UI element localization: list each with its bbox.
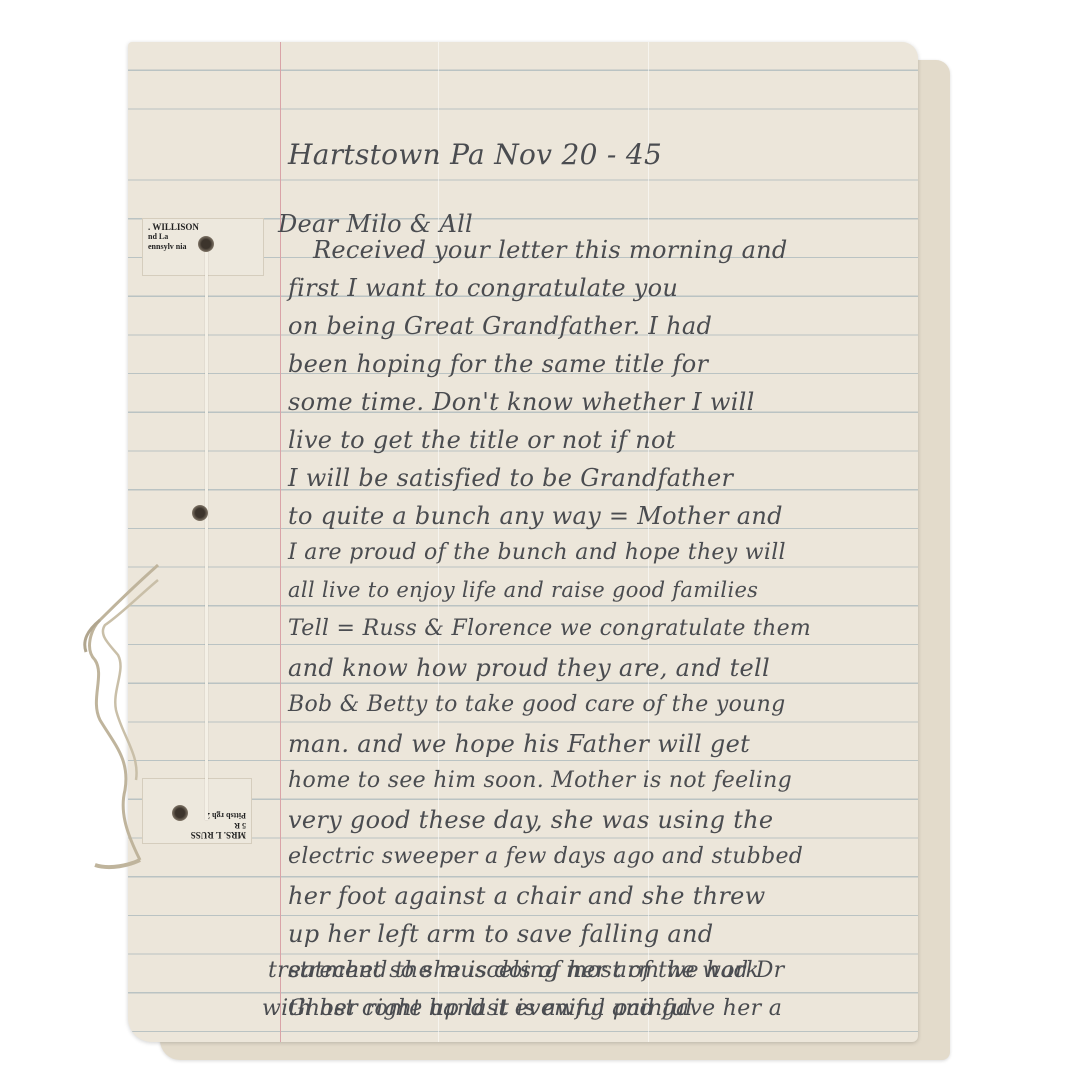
punch-hole [198,236,214,252]
letter-line: man. and we hope his Father will get [288,730,750,758]
letter-line: first I want to congratulate you [288,274,678,302]
letter-heading: Hartstown Pa Nov 20 - 45 [288,138,662,171]
letter-line: very good these day, she was using the [288,806,773,834]
letter-line: her foot against a chair and she threw [288,882,766,910]
letter-line: Tell = Russ & Florence we congratulate t… [288,616,811,641]
binding-string [205,240,208,820]
letter-line: all live to enjoy life and raise good fa… [288,578,758,602]
label-line: . WILLISON [148,222,258,232]
letter-line: been hoping for the same title for [288,350,708,378]
letter-line: to quite a bunch any way = Mother and [288,502,783,530]
letter-line: live to get the title or not if not [288,426,676,454]
letter-line: up her left arm to save falling and [288,920,713,948]
letter-line: Bob & Betty to take good care of the you… [288,692,785,717]
letter-line: on being Great Grandfather. I had [288,312,712,340]
letter-line: I are proud of the bunch and hope they w… [288,540,786,565]
letter-line: some time. Don't know whether I will [288,388,755,416]
letter-line: with her right hand it is awful painful [262,996,693,1021]
letter-page: Hartstown Pa Nov 20 - 45 Dear Milo & All… [128,42,918,1042]
letter-line: home to see him soon. Mother is not feel… [288,768,792,793]
letter-line: and know how proud they are, and tell [288,654,770,682]
letter-salutation: Dear Milo & All [278,210,473,238]
letter-line: treatment so she is doing most of the wo… [268,958,759,983]
letter-line: Received your letter this morning and [313,236,788,264]
letter-line: electric sweeper a few days ago and stub… [288,844,803,869]
letter-line: I will be satisfied to be Grandfather [288,464,733,492]
margin-line [280,42,281,1042]
string-tie-loose-ends [70,560,190,880]
punch-hole [192,505,208,521]
